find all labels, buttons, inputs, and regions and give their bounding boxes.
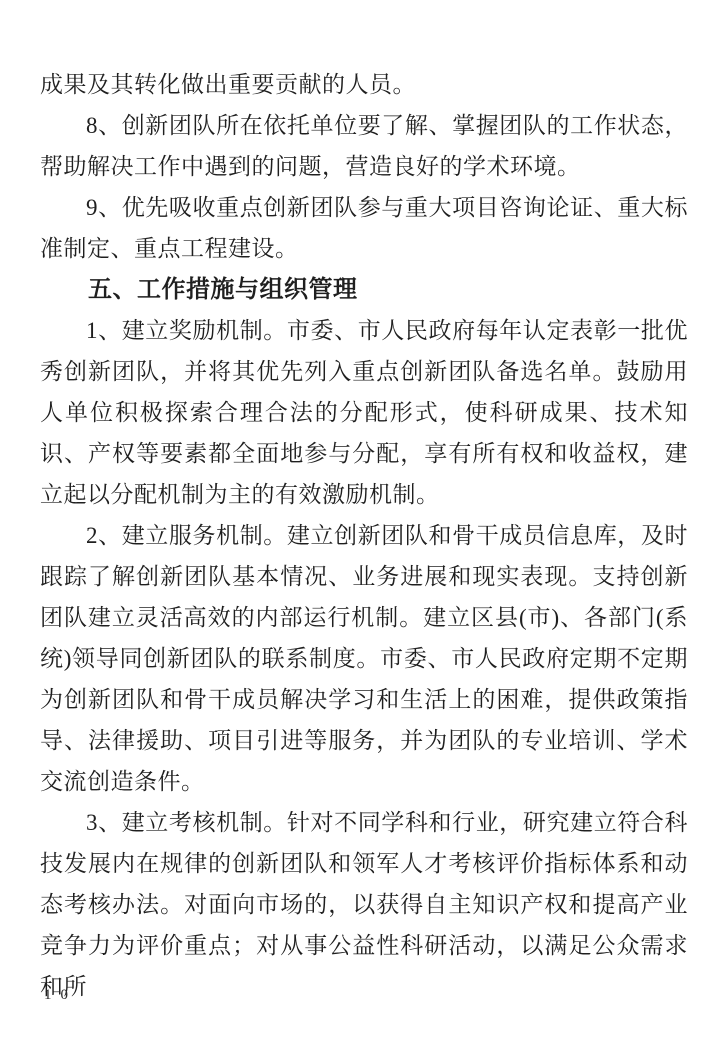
- body-paragraph-item-9: 9、优先吸收重点创新团队参与重大项目咨询论证、重大标准制定、重点工程建设。: [40, 187, 688, 269]
- body-paragraph-measure-2: 2、建立服务机制。建立创新团队和骨干成员信息库，及时跟踪了解创新团队基本情况、业…: [40, 515, 688, 802]
- document-page: 成果及其转化做出重要贡献的人员。 8、创新团队所在依托单位要了解、掌握团队的工作…: [0, 0, 720, 1063]
- page-number: 10: [44, 986, 77, 1004]
- body-paragraph-measure-1: 1、建立奖励机制。市委、市人民政府每年认定表彰一批优秀创新团队，并将其优先列入重…: [40, 310, 688, 515]
- body-paragraph-continuation: 成果及其转化做出重要贡献的人员。: [40, 64, 688, 105]
- body-paragraph-measure-3: 3、建立考核机制。针对不同学科和行业，研究建立符合科技发展内在规律的创新团队和领…: [40, 802, 688, 1007]
- document-text-block: 成果及其转化做出重要贡献的人员。 8、创新团队所在依托单位要了解、掌握团队的工作…: [40, 64, 688, 1007]
- section-heading: 五、工作措施与组织管理: [40, 269, 688, 310]
- body-paragraph-item-8: 8、创新团队所在依托单位要了解、掌握团队的工作状态，帮助解决工作中遇到的问题，营…: [40, 105, 688, 187]
